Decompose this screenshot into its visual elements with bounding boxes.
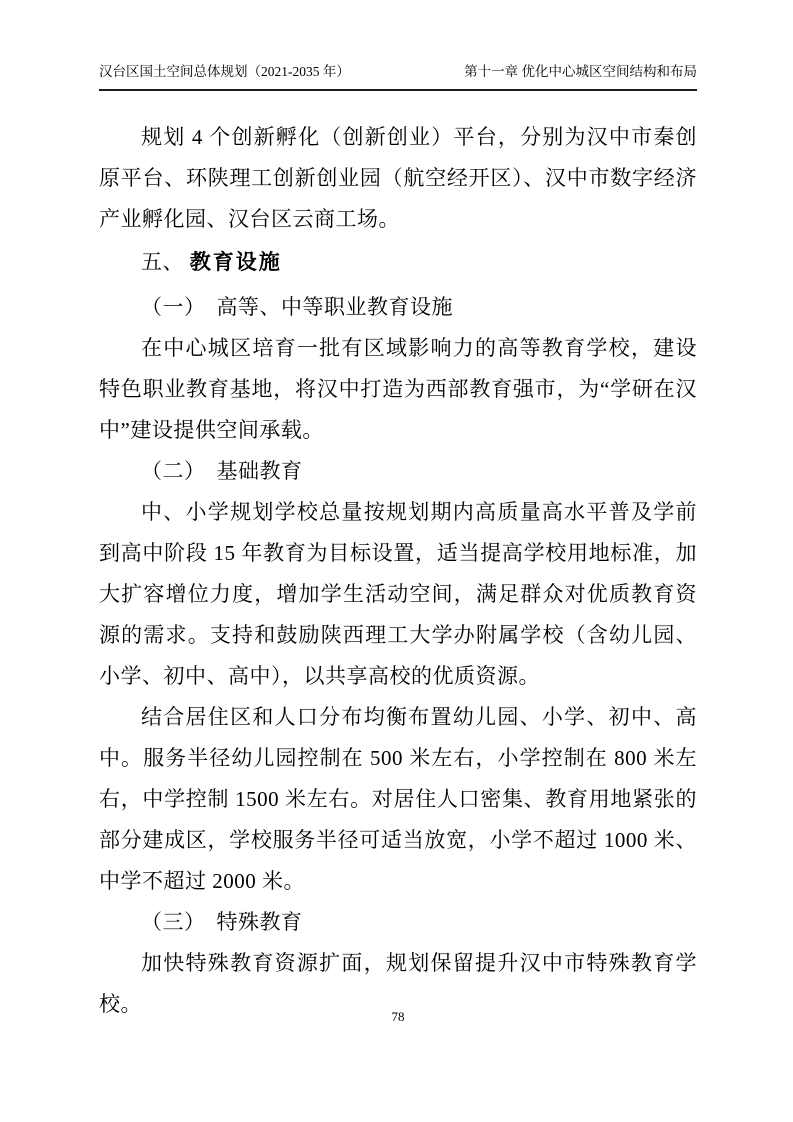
- subsection-3-heading: （三） 特殊教育: [99, 902, 697, 943]
- document-body: 规划 4 个创新孵化（创新创业）平台，分别为汉中市秦创原平台、环陕理工创新创业园…: [99, 117, 697, 1025]
- document-page: 汉台区国土空间总体规划（2021-2035 年） 第十一章 优化中心城区空间结构…: [0, 0, 793, 1122]
- subsection-2-heading: （二） 基础教育: [99, 451, 697, 492]
- section-heading-title: 教育设施: [190, 251, 282, 274]
- page-footer: 78: [99, 1008, 697, 1026]
- intro-paragraph: 规划 4 个创新孵化（创新创业）平台，分别为汉中市秦创原平台、环陕理工创新创业园…: [99, 117, 697, 240]
- page-header: 汉台区国土空间总体规划（2021-2035 年） 第十一章 优化中心城区空间结构…: [99, 62, 697, 91]
- page-number: 78: [392, 1009, 405, 1024]
- subsection-1-paragraph: 在中心城区培育一批有区域影响力的高等教育学校，建设特色职业教育基地，将汉中打造为…: [99, 328, 697, 451]
- header-document-title: 汉台区国土空间总体规划（2021-2035 年）: [99, 62, 350, 82]
- subsection-2-paragraph-2: 结合居住区和人口分布均衡布置幼儿园、小学、初中、高中。服务半径幼儿园控制在 50…: [99, 697, 697, 902]
- header-chapter-title: 第十一章 优化中心城区空间结构和布局: [464, 62, 697, 82]
- subsection-1-heading: （一） 高等、中等职业教育设施: [99, 287, 697, 328]
- subsection-2-paragraph-1: 中、小学规划学校总量按规划期内高质量高水平普及学前到高中阶段 15 年教育为目标…: [99, 492, 697, 697]
- section-heading: 五、 教育设施: [99, 242, 697, 283]
- section-heading-number: 五、: [141, 250, 184, 274]
